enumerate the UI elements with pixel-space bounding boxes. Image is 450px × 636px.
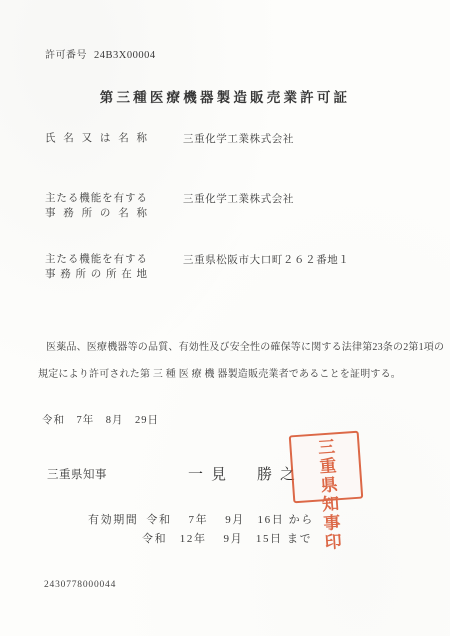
validity-from: 令和 7年 9月 16日 から [146,514,313,526]
field-label-name: 氏名又は名称 [45,131,147,146]
certificate-page: 許可番号24B3X00004 第三種医療機器製造販売業許可証 氏名又は名称 三重… [0,0,450,636]
issuer-title: 三重県知事 [47,466,107,482]
certification-text-line1: 医薬品、医療機器等の品質、有効性及び安全性の確保等に関する法律第23条の2第1項… [46,338,444,353]
issue-date: 令和 7年 8月 29日 [42,412,159,427]
field-row-office-address: 主たる機能を有する 事務所の所在地 三重県松阪市大口町２６２番地１ [45,252,350,282]
certificate-title: 第三種医療機器製造販売業許可証 [0,86,450,106]
governor-seal-text: 三重県知事印 [310,437,343,497]
certification-text-line2: 規定により許可された第 三 種 医 療 機 器製造販売業者であることを証明する。 [38,365,401,380]
issuer-name: 一見 勝之 [188,463,303,484]
field-value-office-name: 三重化学工業株式会社 [183,191,294,221]
field-row-name: 氏名又は名称 三重化学工業株式会社 [45,131,294,146]
validity-from-row: 有効期間令和 7年 9月 16日 から [88,511,314,527]
validity-label: 有効期間 [88,514,138,526]
validity-to-row: 令和 12年 9月 15日 まで [142,530,312,546]
field-value-name: 三重化学工業株式会社 [183,131,294,146]
validity-to: 令和 12年 9月 15日 まで [142,533,312,545]
permit-number-label: 許可番号 [45,50,87,61]
permit-number-row: 許可番号24B3X00004 [45,46,156,61]
field-label-office-address: 主たる機能を有する 事務所の所在地 [45,252,147,282]
field-row-office-name: 主たる機能を有する 事務所の名称 三重化学工業株式会社 [45,191,294,221]
field-label-office-name: 主たる機能を有する 事務所の名称 [45,191,147,221]
permit-number-value: 24B3X00004 [94,50,156,61]
field-value-office-address: 三重県松阪市大口町２６２番地１ [183,252,350,282]
governor-seal: 三重県知事印 [289,431,364,504]
document-control-number: 2430778000044 [44,580,116,590]
